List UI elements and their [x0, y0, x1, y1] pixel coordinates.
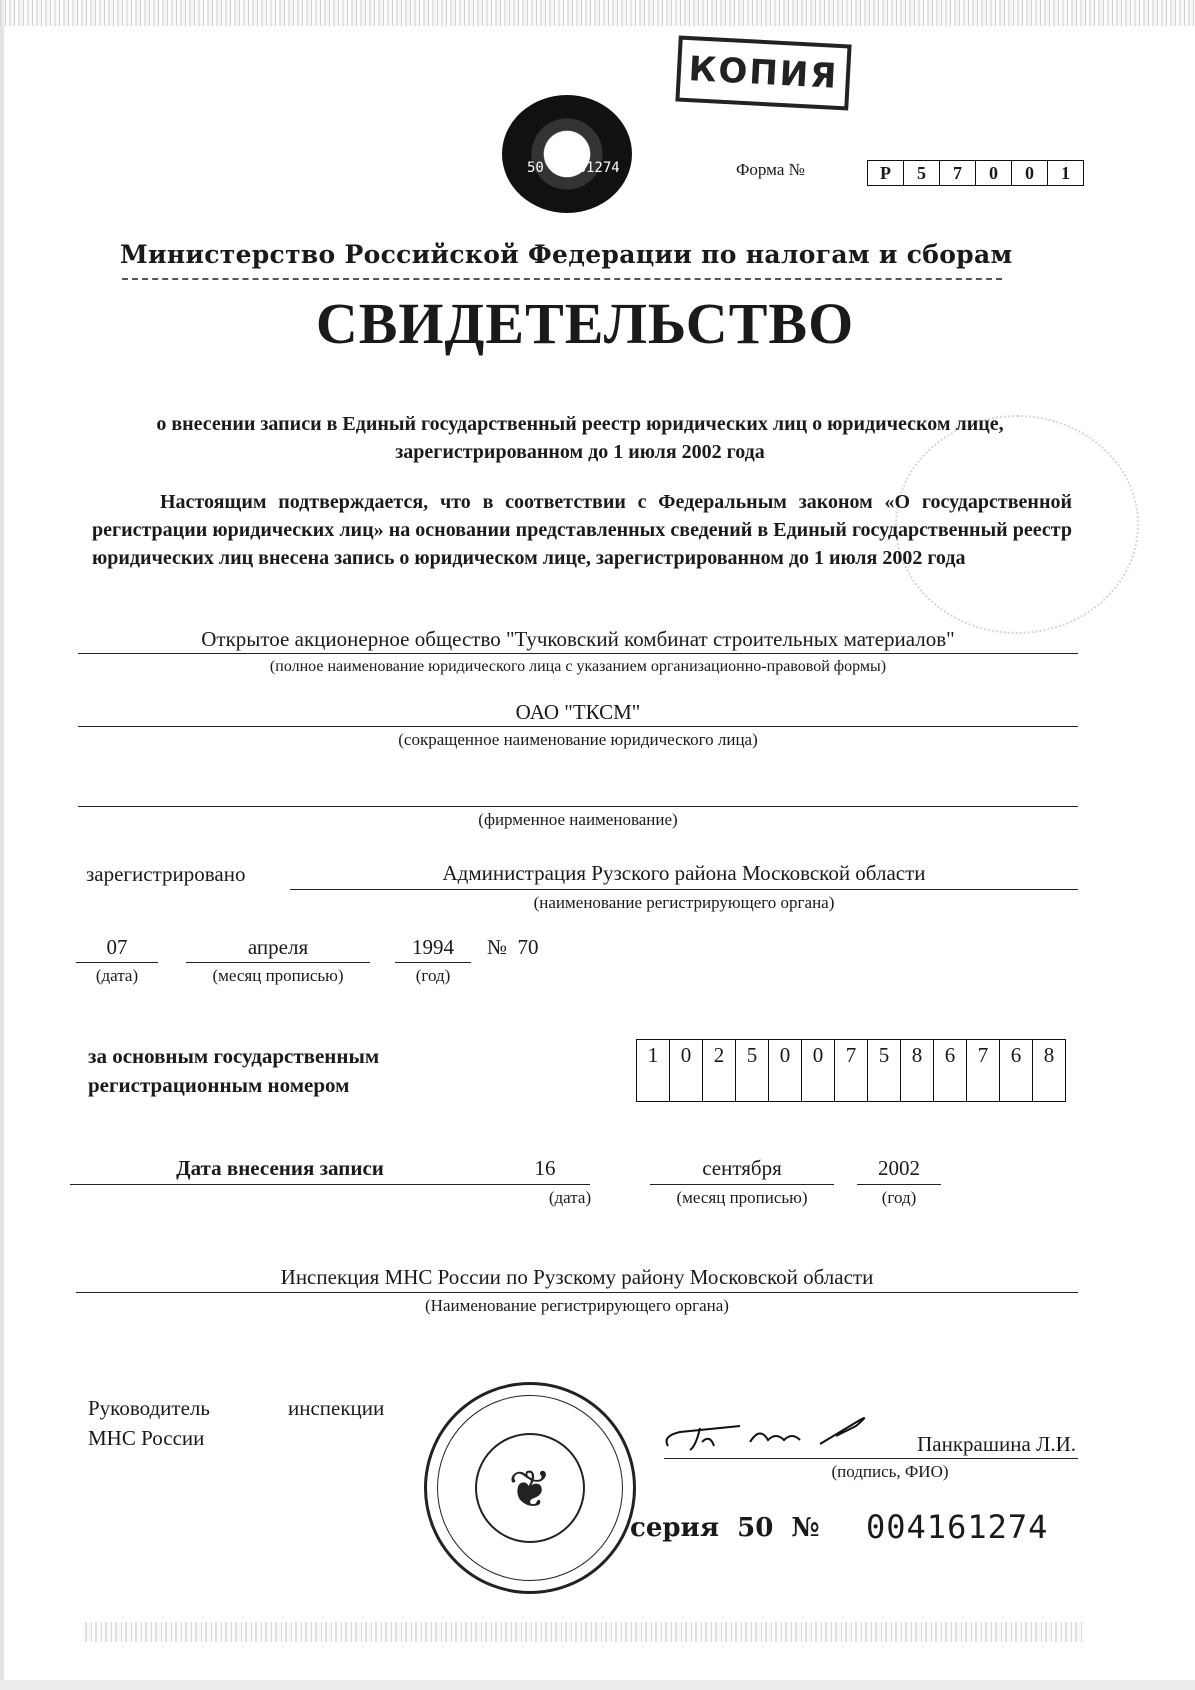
full-name-caption: (полное наименование юридического лица с…	[78, 658, 1078, 676]
ogrn-digit: 5	[736, 1040, 769, 1101]
ogrn-number-boxes: 1 0 2 5 0 0 7 5 8 6 7 6 8	[636, 1039, 1066, 1102]
registration-authority-field: Администрация Рузского района Московской…	[290, 857, 1078, 890]
form-code-char: 0	[1012, 161, 1048, 185]
ogrn-digit: 6	[1000, 1040, 1033, 1101]
registration-month-value: апреля	[186, 935, 370, 960]
form-code-char: 1	[1048, 161, 1083, 185]
brand-name-caption: (фирменное наименование)	[78, 810, 1078, 830]
registration-number: № 70	[487, 935, 539, 960]
form-label: Форма №	[736, 160, 805, 180]
registration-year-field: 1994	[395, 932, 471, 963]
registration-day-field: 07	[76, 932, 158, 963]
full-name-value: Открытое акционерное общество "Тучковски…	[78, 627, 1078, 652]
short-name-field: ОАО "ТКСМ"	[78, 696, 1078, 727]
registration-month-caption: (месяц прописью)	[186, 966, 370, 986]
ogrn-digit: 5	[868, 1040, 901, 1101]
entry-day-value: 16	[500, 1156, 590, 1181]
ogrn-label-line1: за основным государственным	[88, 1044, 379, 1069]
ogrn-digit: 8	[901, 1040, 934, 1101]
scan-bottom-edge	[0, 1680, 1195, 1690]
form-code-boxes: Р 5 7 0 0 1	[867, 160, 1084, 186]
entry-month-field: сентября	[650, 1152, 834, 1185]
ogrn-digit: 7	[835, 1040, 868, 1101]
registration-day-value: 07	[76, 935, 158, 960]
registration-year-value: 1994	[395, 935, 471, 960]
registration-authority-value: Администрация Рузского района Московской…	[290, 861, 1078, 886]
entry-month-caption: (месяц прописью)	[642, 1188, 842, 1208]
ogrn-digit: 8	[1033, 1040, 1065, 1101]
signatory-title-word2: инспекции	[288, 1396, 384, 1421]
scan-left-edge	[0, 0, 4, 1690]
form-code-char: 7	[940, 161, 976, 185]
ogrn-label-line2: регистрационным номером	[88, 1073, 349, 1098]
form-code-char: 5	[904, 161, 940, 185]
document-title: СВИДЕТЕЛЬСТВО	[100, 290, 1070, 357]
issuing-authority-field: Инспекция МНС России по Рузскому району …	[76, 1262, 1078, 1293]
ministry-heading: Министерство Российской Федерации по нал…	[120, 240, 1020, 269]
entry-year-caption: (год)	[857, 1188, 941, 1208]
entry-month-value: сентября	[650, 1156, 834, 1181]
signatory-caption: (подпись, ФИО)	[790, 1462, 990, 1482]
ogrn-digit: 0	[802, 1040, 835, 1101]
document-subtitle: о внесении записи в Единый государственн…	[80, 410, 1080, 466]
scan-noise-top	[0, 0, 1195, 26]
official-seal: ❦	[424, 1382, 636, 1594]
top-hologram-seal	[502, 95, 632, 213]
registration-month-field: апреля	[186, 932, 370, 963]
brand-name-field	[78, 776, 1078, 807]
issuing-authority-caption: (Наименование регистрирующего органа)	[76, 1296, 1078, 1316]
confirmation-text: Настоящим подтверждается, что в соответс…	[92, 488, 1072, 572]
signatory-title-line2: МНС России	[88, 1426, 204, 1451]
entry-day-caption: (дата)	[520, 1188, 620, 1208]
ogrn-digit: 7	[967, 1040, 1000, 1101]
short-name-value: ОАО "ТКСМ"	[78, 700, 1078, 725]
double-headed-eagle-icon: ❦	[427, 1385, 633, 1591]
registration-day-caption: (дата)	[76, 966, 158, 986]
short-name-caption: (сокращенное наименование юридического л…	[78, 730, 1078, 750]
signatory-title-word1: Руководитель	[88, 1396, 210, 1421]
series-label: серия 50 №	[630, 1513, 820, 1543]
form-code-char: Р	[868, 161, 904, 185]
ogrn-digit: 6	[934, 1040, 967, 1101]
registration-authority-caption: (наименование регистрирующего органа)	[290, 893, 1078, 913]
signature-line: Панкрашина Л.И.	[664, 1432, 1078, 1459]
signatory-name: Панкрашина Л.И.	[917, 1432, 1076, 1457]
registration-year-caption: (год)	[395, 966, 471, 986]
confirmation-paragraph: Настоящим подтверждается, что в соответс…	[92, 488, 1072, 572]
entry-year-field: 2002	[857, 1152, 941, 1185]
serial-number: 004161274	[866, 1508, 1048, 1546]
full-name-field: Открытое акционерное общество "Тучковски…	[78, 623, 1078, 654]
ogrn-digit: 0	[670, 1040, 703, 1101]
ogrn-digit: 1	[637, 1040, 670, 1101]
form-code-char: 0	[976, 161, 1012, 185]
ogrn-digit: 2	[703, 1040, 736, 1101]
copy-stamp: КОПИЯ	[675, 36, 851, 111]
issuing-authority-value: Инспекция МНС России по Рузскому району …	[76, 1265, 1078, 1290]
ministry-underline	[122, 278, 1002, 280]
entry-date-label: Дата внесения записи	[70, 1156, 490, 1181]
entry-year-value: 2002	[857, 1156, 941, 1181]
ogrn-digit: 0	[769, 1040, 802, 1101]
scan-noise-bottom	[85, 1622, 1085, 1642]
top-seal-number: 50 04161274	[527, 160, 620, 176]
entry-day-field: 16	[500, 1152, 590, 1184]
registered-label: зарегистрировано	[86, 862, 245, 887]
